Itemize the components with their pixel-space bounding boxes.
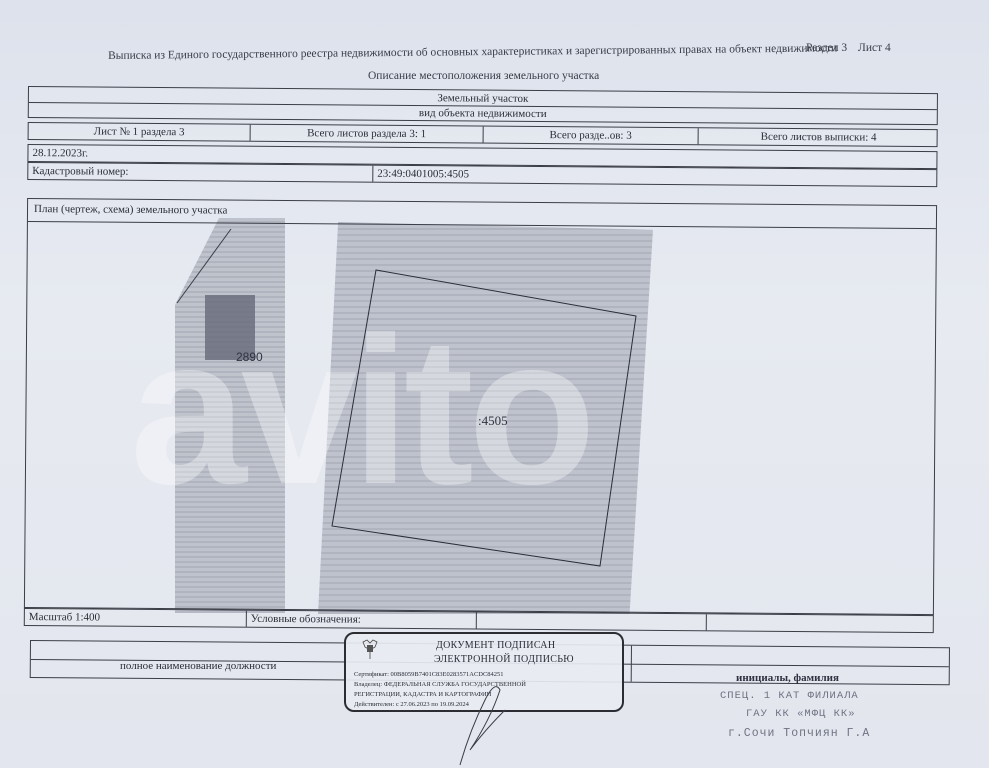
- handwritten-signature: [440, 670, 520, 768]
- legend-cell-1: [477, 613, 707, 631]
- cadastral-label: Кадастровый номер:: [28, 163, 373, 182]
- object-type-row: Земельный участок вид объекта недвижимос…: [28, 86, 938, 125]
- legend-cell-2: [707, 614, 935, 632]
- scale-label: Масштаб 1:400: [25, 609, 247, 627]
- signature-title-line2: ЭЛЕКТРОННОЙ ПОДПИСЬЮ: [434, 654, 574, 665]
- plan-title: План (чертеж, схема) земельного участка: [34, 203, 227, 217]
- total-sections: Всего разде..ов: 3: [484, 127, 699, 145]
- position-caption: полное наименование должности: [120, 660, 276, 672]
- cadastral-number: 23:49:0401005:4505: [373, 166, 938, 186]
- coat-of-arms-icon: [360, 638, 380, 660]
- plan-section: План (чертеж, схема) земельного участка: [24, 198, 937, 615]
- official-stamp-line2: ГАУ КК «МФЦ КК»: [746, 708, 856, 720]
- signature-title-line1: ДОКУМЕНТ ПОДПИСАН: [436, 640, 555, 651]
- total-sheets-extract: Всего листов выписки: 4: [699, 128, 939, 146]
- sheet-info-row: Лист № 1 раздела 3 Всего листов раздела …: [28, 122, 938, 147]
- plan-divider: [28, 221, 936, 229]
- initials-caption: инициалы, фамилия: [736, 672, 839, 684]
- total-sheets-section: Всего листов раздела 3: 1: [251, 125, 484, 143]
- official-stamp-line1: СПЕЦ. 1 КАТ ФИЛИАЛА: [720, 690, 859, 702]
- extract-table: Земельный участок вид объекта недвижимос…: [24, 86, 938, 653]
- sheet-no: Лист № 1 раздела 3: [29, 123, 251, 141]
- official-stamp-line3: г.Сочи Топчиян Г.А: [728, 727, 870, 740]
- legend-label: Условные обозначения:: [247, 611, 477, 629]
